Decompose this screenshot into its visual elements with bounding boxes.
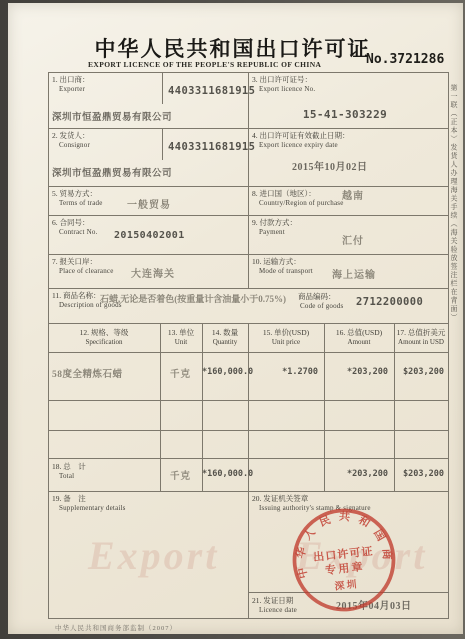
- licence-no-label: 3. 出口许可证号： Export licence No.: [252, 75, 315, 94]
- row-unit: 千克: [170, 366, 191, 380]
- scanned-export-licence: 中华人民共和国出口许可证 EXPORT LICENCE OF THE PEOPL…: [0, 0, 465, 639]
- clearance-label-cn: 7. 报关口岸：: [52, 257, 97, 266]
- row-amount: *203,200: [326, 367, 388, 377]
- goods-code-label-cn: 商品编码：: [298, 292, 336, 301]
- grid-line: [202, 323, 203, 491]
- total-label-en: Total: [52, 472, 86, 481]
- consignor-name: 深圳市恒盈鼎贸易有限公司: [52, 165, 172, 179]
- form-printer-note: 中华人民共和国商务部监制（2007）: [55, 623, 177, 632]
- licence-no-prefix: No.: [366, 52, 389, 67]
- transport-label-cn: 10. 运输方式：: [252, 257, 301, 266]
- grid-line: [324, 323, 325, 491]
- total-amount-usd: $203,200: [396, 469, 444, 479]
- licence-no-label-cn: 3. 出口许可证号：: [252, 75, 312, 84]
- col-price-cn: 15. 单价(USD): [263, 328, 309, 337]
- official-seal: 中华人民共和国商务部 出口许可证 专用章 深圳: [284, 500, 405, 621]
- grid-line: [48, 618, 448, 619]
- payment-label-cn: 9. 付款方式：: [252, 218, 297, 227]
- col-qty-cn: 14. 数量: [212, 328, 238, 337]
- exporter-label: 1. 出口商： Exporter: [52, 75, 90, 94]
- consignor-code: 4403311681915: [168, 141, 255, 153]
- grid-line: [162, 72, 163, 104]
- expiry-label-en: Export licence expiry date: [252, 141, 350, 150]
- contract-label-cn: 6. 合同号：: [52, 218, 90, 227]
- exporter-label-cn: 1. 出口商：: [52, 75, 90, 84]
- terms-label-en: Terms of trade: [52, 199, 103, 208]
- grid-line: [160, 323, 161, 491]
- goods-code-label: 商品编码： Code of goods: [298, 292, 343, 311]
- row-spec: 58度全精炼石蜡: [52, 366, 123, 380]
- stamp-cell-label-cn: 20. 发证机关签章: [252, 494, 308, 503]
- watermark-export-left: Export: [88, 532, 219, 579]
- transport-label: 10. 运输方式： Mode of transport: [252, 257, 313, 276]
- transport-label-en: Mode of transport: [252, 267, 313, 276]
- grid-line: [394, 323, 395, 491]
- licence-no-value: 3721286: [389, 52, 444, 67]
- terms-label: 5. 贸易方式： Terms of trade: [52, 189, 103, 208]
- grid-line: [162, 128, 163, 160]
- goods-desc-label-cn: 11. 商品名称：: [52, 291, 100, 300]
- grid-line: [48, 288, 448, 289]
- seal-line3: 深圳: [334, 577, 359, 592]
- total-label: 18. 总 计 Total: [52, 462, 86, 481]
- col-spec-en: Specification: [48, 338, 160, 347]
- col-header-quantity: 14. 数量 Quantity: [202, 328, 248, 348]
- grid-line: [248, 72, 249, 288]
- col-header-amount: 16. 总值(USD) Amount: [324, 328, 394, 348]
- clearance-field: 大连海关: [131, 265, 175, 280]
- remarks-label-cn: 19. 备 注: [52, 494, 86, 503]
- total-unit: 千克: [170, 468, 191, 482]
- col-header-unit-price: 15. 单价(USD) Unit price: [248, 328, 324, 348]
- licence-date-label-cn: 21. 发证日期: [252, 596, 293, 605]
- goods-desc-field: 石蜡,无论是否着色(按重量计含油量小于0.75%): [100, 293, 292, 306]
- country-label: 8. 进口国（地区）： Country/Region of purchase: [252, 189, 344, 208]
- payment-field: 汇付: [342, 232, 364, 247]
- col-amount-cn: 16. 总值(USD): [336, 328, 382, 337]
- payment-label-en: Payment: [252, 228, 297, 237]
- exporter-label-en: Exporter: [52, 85, 90, 94]
- document-title-en: EXPORT LICENCE OF THE PEOPLE'S REPUBLIC …: [88, 60, 321, 69]
- terms-label-cn: 5. 贸易方式：: [52, 189, 97, 198]
- licence-date-label: 21. 发证日期 Licence date: [252, 596, 297, 615]
- consignor-label-cn: 2. 发货人：: [52, 131, 90, 140]
- copy-usage-note: 第一联（正本）发货人办理海关手续（海关验放签注栏在背面）: [449, 84, 459, 344]
- contract-label: 6. 合同号： Contract No.: [52, 218, 98, 237]
- row-quantity: *160,000.0: [202, 367, 245, 377]
- col-unit-en: Unit: [160, 338, 202, 347]
- col-header-unit: 13. 单位 Unit: [160, 328, 202, 348]
- licence-date-label-en: Licence date: [252, 606, 297, 615]
- consignor-label: 2. 发货人： Consignor: [52, 131, 90, 150]
- remarks-label-en: Supplementary details: [52, 504, 126, 513]
- contract-label-en: Contract No.: [52, 228, 98, 237]
- expiry-label-cn: 4. 出口许可证有效截止日期：: [252, 131, 350, 140]
- contract-no-field: 20150402001: [114, 230, 185, 241]
- col-unit-cn: 13. 单位: [168, 328, 194, 337]
- clearance-label: 7. 报关口岸： Place of clearance: [52, 257, 114, 276]
- country-label-en: Country/Region of purchase: [252, 199, 344, 208]
- goods-code-field: 2712200000: [356, 296, 423, 308]
- payment-label: 9. 付款方式： Payment: [252, 218, 297, 237]
- expiry-label: 4. 出口许可证有效截止日期： Export licence expiry da…: [252, 131, 350, 150]
- goods-code-label-en: Code of goods: [298, 302, 343, 311]
- licence-serial-number: No.3721286: [366, 52, 444, 67]
- col-spec-cn: 12. 规格、等级: [80, 328, 129, 337]
- col-qty-en: Quantity: [202, 338, 248, 347]
- country-label-cn: 8. 进口国（地区）：: [252, 189, 316, 198]
- exporter-name: 深圳市恒盈鼎贸易有限公司: [52, 109, 172, 123]
- total-label-cn: 18. 总 计: [52, 462, 86, 471]
- exporter-code: 4403311681915: [168, 85, 255, 97]
- row-amount-usd: $203,200: [396, 367, 444, 377]
- col-header-specification: 12. 规格、等级 Specification: [48, 328, 160, 348]
- remarks-label: 19. 备 注 Supplementary details: [52, 494, 126, 513]
- total-quantity: *160,000.0: [202, 469, 245, 479]
- total-amount: *203,200: [326, 469, 388, 479]
- col-usd-cn: 17. 总值折美元: [397, 328, 446, 337]
- licence-no-field: 15-41-303229: [280, 108, 410, 121]
- row-unit-price: *1.2700: [252, 367, 318, 377]
- transport-field: 海上运输: [332, 266, 376, 281]
- licence-no-label-en: Export licence No.: [252, 85, 315, 94]
- clearance-label-en: Place of clearance: [52, 267, 114, 276]
- country-field: 越南: [342, 187, 364, 202]
- terms-field: 一般贸易: [127, 196, 171, 211]
- col-header-amount-usd: 17. 总值折美元 Amount in USD: [394, 328, 448, 348]
- col-price-en: Unit price: [248, 338, 324, 347]
- consignor-label-en: Consignor: [52, 141, 90, 150]
- col-usd-en: Amount in USD: [394, 338, 448, 347]
- col-amount-en: Amount: [324, 338, 394, 347]
- seal-line1: 出口许可证: [313, 544, 375, 564]
- expiry-date-field: 2015年10月02日: [292, 158, 368, 173]
